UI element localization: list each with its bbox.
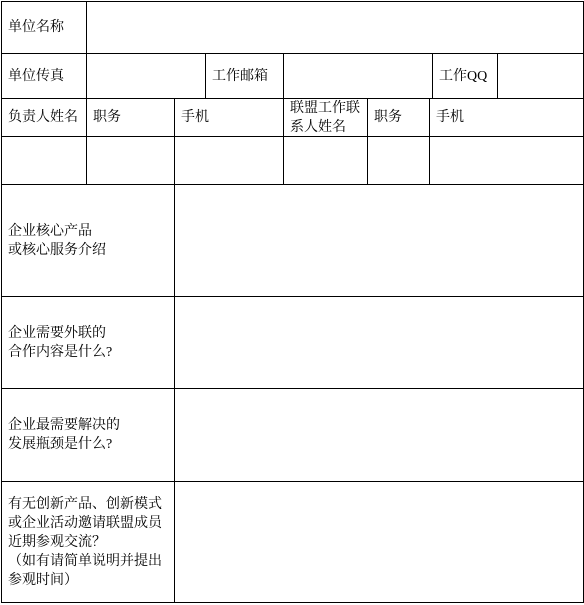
field-alliance-contact-name[interactable] [283, 136, 368, 185]
header-position-2: 职务 [367, 98, 430, 137]
field-position-2[interactable] [367, 136, 430, 185]
field-position-1[interactable] [86, 136, 175, 185]
field-mobile-2[interactable] [429, 136, 584, 185]
field-development-bottleneck[interactable] [174, 388, 584, 482]
field-cooperation-needs[interactable] [174, 296, 584, 389]
enterprise-info-form: 单位名称 单位传真 工作邮箱 工作QQ 负责人姓名 职务 手机 联盟工作联 系人… [0, 0, 584, 605]
field-mobile-1[interactable] [174, 136, 284, 185]
label-cooperation-needs: 企业需要外联的 合作内容是什么? [1, 296, 175, 389]
label-core-products: 企业核心产品 或核心服务介绍 [1, 184, 175, 297]
label-unit-name: 单位名称 [1, 1, 87, 54]
header-position-1: 职务 [86, 98, 175, 137]
label-work-qq: 工作QQ [432, 53, 498, 99]
header-mobile-1: 手机 [174, 98, 284, 137]
field-core-products[interactable] [174, 184, 584, 297]
label-innovation-visit: 有无创新产品、创新模式 或企业活动邀请联盟成员 近期参观交流？ （如有请简单说明… [1, 481, 175, 603]
header-mobile-2: 手机 [429, 98, 584, 137]
field-unit-fax[interactable] [86, 53, 206, 99]
field-work-email[interactable] [283, 53, 433, 99]
field-unit-name[interactable] [86, 1, 584, 54]
label-unit-fax: 单位传真 [1, 53, 87, 99]
field-work-qq[interactable] [497, 53, 584, 99]
label-development-bottleneck: 企业最需要解决的 发展瓶颈是什么? [1, 388, 175, 482]
label-work-email: 工作邮箱 [205, 53, 284, 99]
header-responsible-name: 负责人姓名 [1, 98, 87, 137]
field-innovation-visit[interactable] [174, 481, 584, 603]
field-responsible-name[interactable] [1, 136, 87, 185]
header-alliance-contact-name: 联盟工作联 系人姓名 [283, 98, 368, 137]
